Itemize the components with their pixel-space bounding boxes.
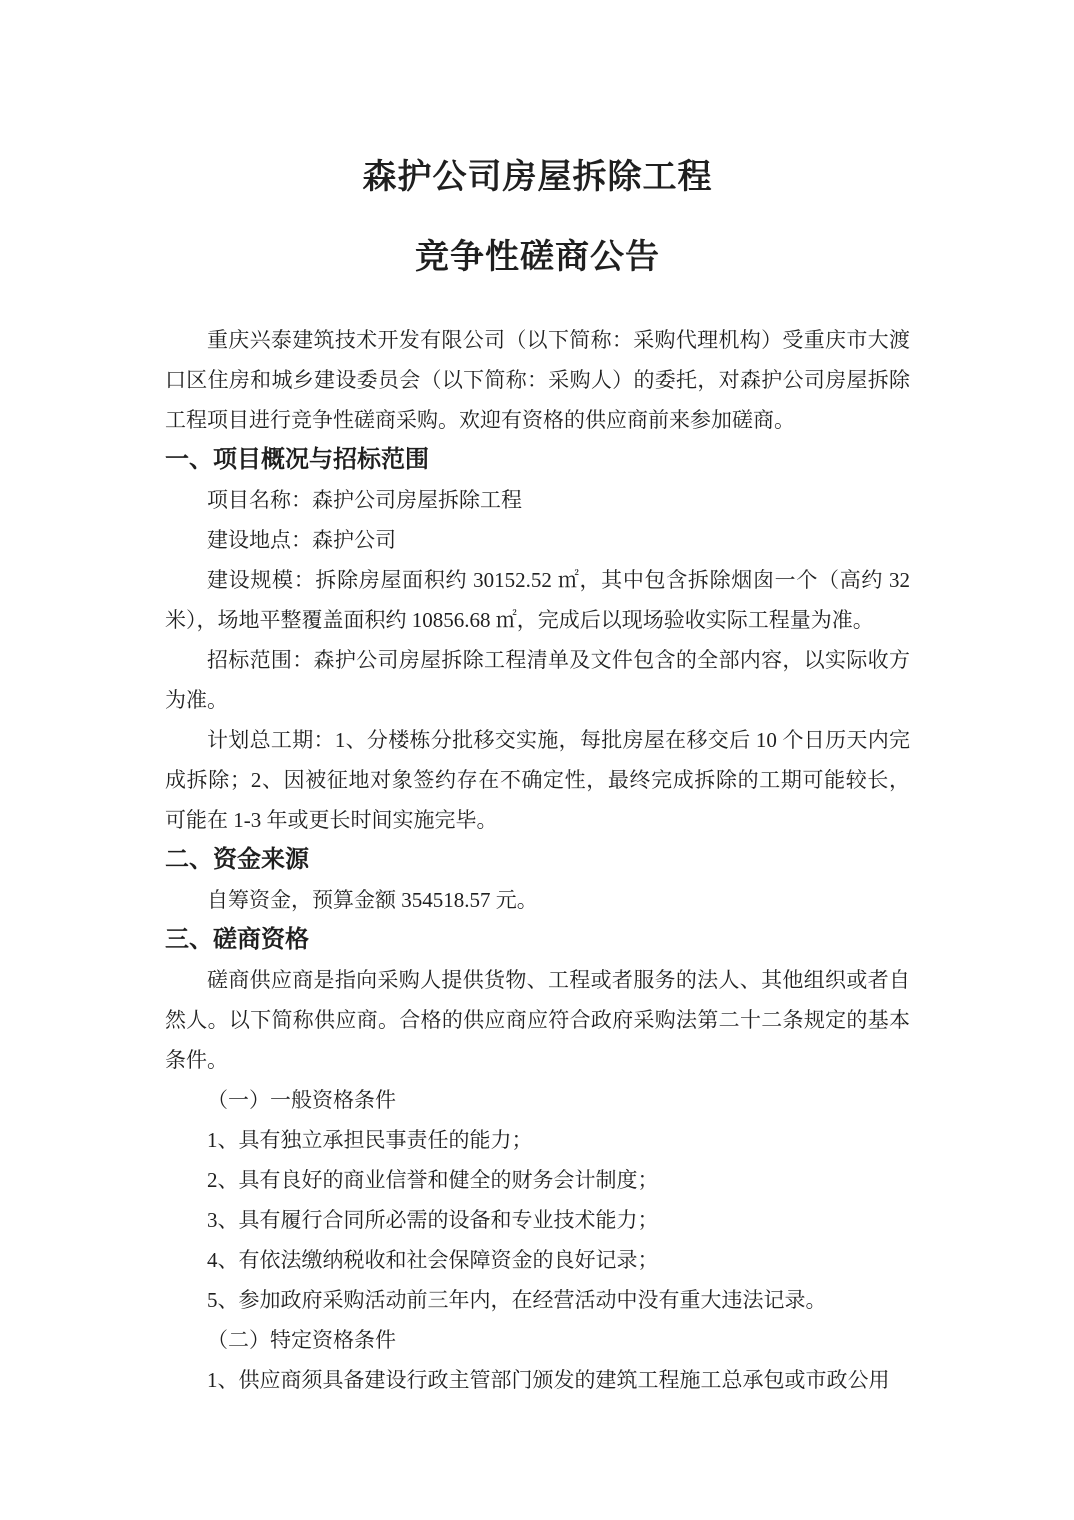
duration-paragraph: 计划总工期：1、分楼栋分批移交实施，每批房屋在移交后 10 个日历天内完成拆除；… xyxy=(165,720,910,840)
section-1-heading: 一、项目概况与招标范围 xyxy=(165,440,910,480)
specific-qualification-heading: （二）特定资格条件 xyxy=(165,1320,910,1360)
general-qualification-item: 3、具有履行合同所必需的设备和专业技术能力； xyxy=(165,1200,910,1240)
section-2-heading: 二、资金来源 xyxy=(165,840,910,880)
specific-qualification-item: 1、供应商须具备建设行政主管部门颁发的建筑工程施工总承包或市政公用 xyxy=(165,1360,910,1400)
general-qualification-item: 5、参加政府采购活动前三年内，在经营活动中没有重大违法记录。 xyxy=(165,1280,910,1320)
scale-paragraph: 建设规模：拆除房屋面积约 30152.52 ㎡，其中包含拆除烟囱一个（高约 32… xyxy=(165,560,910,640)
general-qualification-item: 4、有依法缴纳税收和社会保障资金的良好记录； xyxy=(165,1240,910,1280)
doc-title: 森护公司房屋拆除工程 xyxy=(165,156,910,200)
document-page: 森护公司房屋拆除工程 竞争性磋商公告 重庆兴泰建筑技术开发有限公司（以下简称：采… xyxy=(0,0,1074,1520)
intro-paragraph: 重庆兴泰建筑技术开发有限公司（以下简称：采购代理机构）受重庆市大渡口区住房和城乡… xyxy=(165,320,910,440)
location-line: 建设地点：森护公司 xyxy=(165,520,910,560)
qualification-intro-paragraph: 磋商供应商是指向采购人提供货物、工程或者服务的法人、其他组织或者自然人。以下简称… xyxy=(165,960,910,1080)
general-qualification-item: 2、具有良好的商业信誉和健全的财务会计制度； xyxy=(165,1160,910,1200)
document-content: 森护公司房屋拆除工程 竞争性磋商公告 重庆兴泰建筑技术开发有限公司（以下简称：采… xyxy=(0,0,1074,1520)
funding-line: 自筹资金，预算金额 354518.57 元。 xyxy=(165,880,910,920)
scope-paragraph: 招标范围：森护公司房屋拆除工程清单及文件包含的全部内容，以实际收方为准。 xyxy=(165,640,910,720)
section-3-heading: 三、磋商资格 xyxy=(165,920,910,960)
project-name-line: 项目名称：森护公司房屋拆除工程 xyxy=(165,480,910,520)
general-qualification-item: 1、具有独立承担民事责任的能力； xyxy=(165,1120,910,1160)
doc-subtitle: 竞争性磋商公告 xyxy=(165,236,910,280)
general-qualification-heading: （一）一般资格条件 xyxy=(165,1080,910,1120)
